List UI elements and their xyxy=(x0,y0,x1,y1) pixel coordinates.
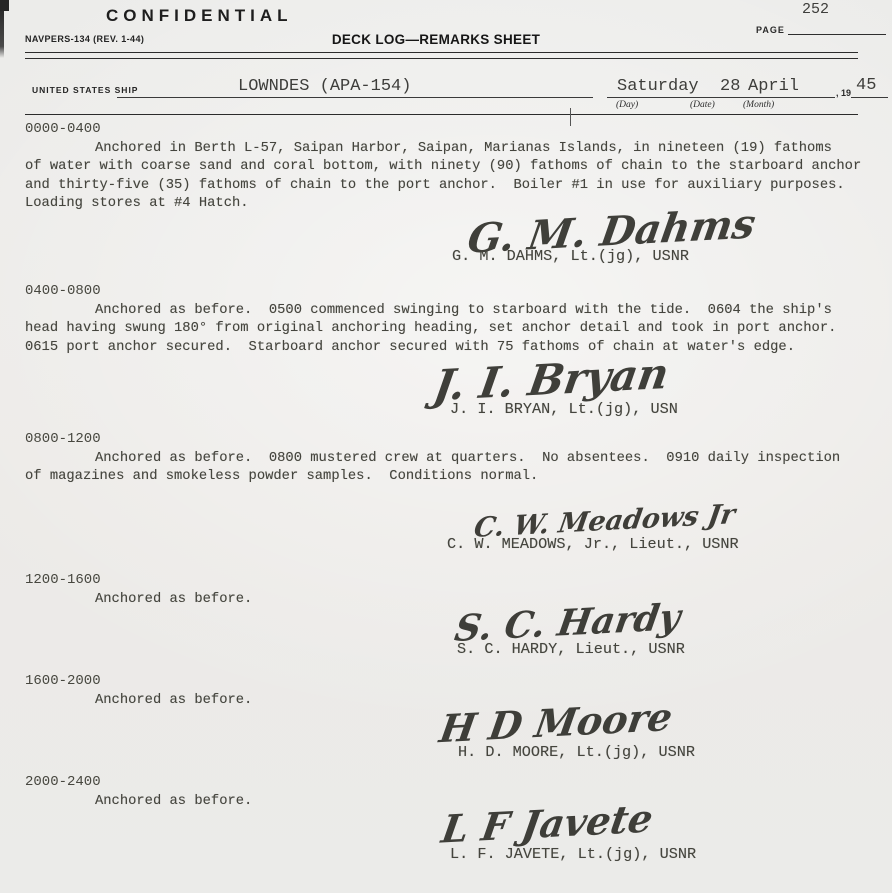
year-prefix: , 19 xyxy=(836,88,851,98)
log-entry-0800-1200: 0800-1200 Anchored as before. 0800 muste… xyxy=(25,431,870,487)
page-number: 252 xyxy=(802,1,829,18)
ship-label: UNITED STATES SHIP xyxy=(32,85,138,95)
header-bottom-rule xyxy=(25,114,858,115)
date-caption: (Date) xyxy=(690,100,715,110)
month-caption: (Month) xyxy=(743,100,774,110)
entry-time-range: 0800-1200 xyxy=(25,431,870,447)
date-blank-line xyxy=(607,97,835,98)
signature-typed-name: L. F. JAVETE, Lt.(jg), USNR xyxy=(450,845,696,863)
day-caption: (Day) xyxy=(616,100,638,110)
entry-time-range: 1200-1600 xyxy=(25,572,870,588)
entry-time-range: 0400-0800 xyxy=(25,283,870,299)
signature-typed-name: J. I. BRYAN, Lt.(jg), USN xyxy=(450,400,678,418)
form-title: DECK LOG—REMARKS SHEET xyxy=(0,32,872,47)
entry-time-range: 2000-2400 xyxy=(25,774,870,790)
entry-text-line: and thirty-five (35) fathoms of chain to… xyxy=(25,177,870,195)
date-year: 45 xyxy=(856,76,876,95)
scan-corner-artifact xyxy=(0,0,9,11)
classification-stamp: CONFIDENTIAL xyxy=(106,6,293,26)
entry-text-line: Anchored as before. xyxy=(25,591,870,609)
signature-typed-name: C. W. MEADOWS, Jr., Lieut., USNR xyxy=(447,535,739,553)
ship-blank-line xyxy=(117,97,593,98)
year-blank-line xyxy=(851,97,888,98)
deck-log-remarks-sheet: CONFIDENTIAL 252 PAGE NAVPERS-134 (REV. … xyxy=(0,0,892,893)
log-entry-1200-1600: 1200-1600 Anchored as before. xyxy=(25,572,870,609)
signature-typed-name: H. D. MOORE, Lt.(jg), USNR xyxy=(458,743,695,761)
entry-text-line: Anchored in Berth L-57, Saipan Harbor, S… xyxy=(25,140,870,158)
entry-time-range: 0000-0400 xyxy=(25,121,870,137)
entry-text-line: Anchored as before. 0800 mustered crew a… xyxy=(25,450,870,468)
entry-time-range: 1600-2000 xyxy=(25,673,870,689)
date-month: April xyxy=(748,77,799,96)
signature-typed-name: G. M. DAHMS, Lt.(jg), USNR xyxy=(452,247,689,265)
log-entry-0400-0800: 0400-0800 Anchored as before. 0500 comme… xyxy=(25,283,870,357)
entry-text-line: of magazines and smokeless powder sample… xyxy=(25,468,870,486)
log-entry-0000-0400: 0000-0400 Anchored in Berth L-57, Saipan… xyxy=(25,121,870,213)
ship-name: LOWNDES (APA-154) xyxy=(238,77,411,96)
date-day: Saturday xyxy=(617,77,699,96)
header-double-rule xyxy=(25,52,858,59)
entry-text-line: of water with coarse sand and coral bott… xyxy=(25,158,870,176)
entry-text-line: 0615 port anchor secured. Starboard anch… xyxy=(25,339,870,357)
signature-typed-name: S. C. HARDY, Lieut., USNR xyxy=(457,640,685,658)
entry-text-line: Anchored as before. 0500 commenced swing… xyxy=(25,302,870,320)
date-date: 28 xyxy=(720,77,740,96)
entry-text-line: head having swung 180° from original anc… xyxy=(25,320,870,338)
